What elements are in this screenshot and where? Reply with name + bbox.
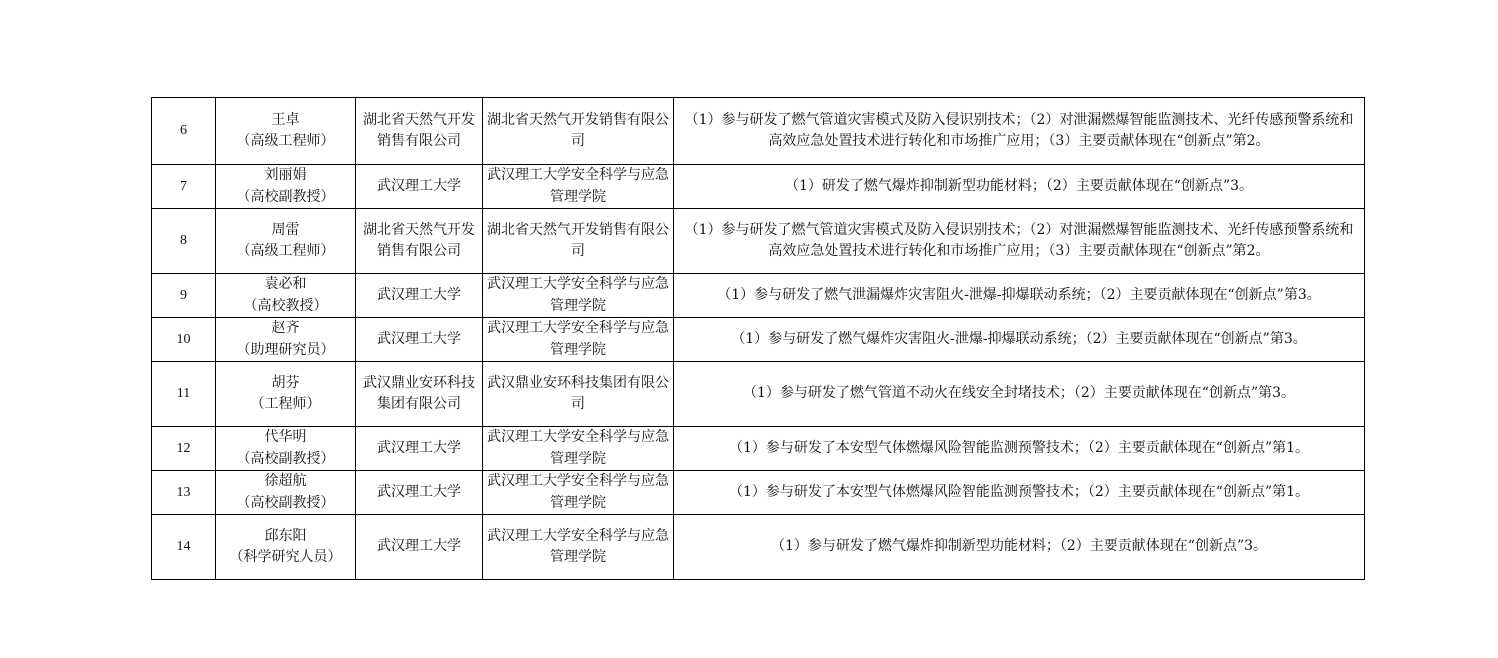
table-row: 8周雷（高级工程师）湖北省天然气开发销售有限公司湖北省天然气开发销售有限公司（1…: [152, 209, 1365, 274]
organization-cell: 武汉理工大学: [356, 515, 483, 580]
table-row: 7刘丽娟（高校副教授）武汉理工大学武汉理工大学安全科学与应急管理学院（1）研发了…: [152, 165, 1365, 209]
row-number-cell: 8: [152, 209, 216, 274]
row-number-cell: 10: [152, 318, 216, 362]
table-row: 9袁必和（高校教授）武汉理工大学武汉理工大学安全科学与应急管理学院（1）参与研发…: [152, 274, 1365, 318]
person-title: （高级工程师）: [220, 241, 351, 263]
organization-cell: 湖北省天然气开发销售有限公司: [356, 209, 483, 274]
person-cell: 周雷（高级工程师）: [216, 209, 356, 274]
person-name: 代华明: [220, 427, 351, 449]
department-cell: 武汉理工大学安全科学与应急管理学院: [483, 471, 674, 515]
person-title: （科学研究人员）: [220, 547, 351, 569]
department-cell: 湖北省天然气开发销售有限公司: [483, 98, 674, 165]
department-cell: 武汉理工大学安全科学与应急管理学院: [483, 427, 674, 471]
department-cell: 武汉理工大学安全科学与应急管理学院: [483, 515, 674, 580]
organization-cell: 武汉理工大学: [356, 471, 483, 515]
organization-cell: 武汉鼎业安环科技集团有限公司: [356, 362, 483, 427]
person-cell: 袁必和（高校教授）: [216, 274, 356, 318]
contribution-cell: （1）参与研发了本安型气体燃爆风险智能监测预警技术；（2）主要贡献体现在“创新点…: [674, 471, 1365, 515]
row-number-cell: 13: [152, 471, 216, 515]
row-number-cell: 7: [152, 165, 216, 209]
department-cell: 湖北省天然气开发销售有限公司: [483, 209, 674, 274]
contribution-cell: （1）参与研发了燃气管道不动火在线安全封堵技术；（2）主要贡献体现在“创新点”第…: [674, 362, 1365, 427]
contribution-cell: （1）参与研发了燃气泄漏爆炸灾害阻火-泄爆-抑爆联动系统；（2）主要贡献体现在“…: [674, 274, 1365, 318]
contribution-cell: （1）研发了燃气爆炸抑制新型功能材料；（2）主要贡献体现在“创新点”3。: [674, 165, 1365, 209]
table-row: 12代华明（高校副教授）武汉理工大学武汉理工大学安全科学与应急管理学院（1）参与…: [152, 427, 1365, 471]
person-title: （高校副教授）: [220, 493, 351, 515]
person-name: 徐超航: [220, 471, 351, 493]
person-title: （高校教授）: [220, 296, 351, 318]
person-name: 周雷: [220, 220, 351, 242]
row-number-cell: 9: [152, 274, 216, 318]
organization-cell: 武汉理工大学: [356, 274, 483, 318]
department-cell: 武汉理工大学安全科学与应急管理学院: [483, 318, 674, 362]
organization-cell: 武汉理工大学: [356, 318, 483, 362]
person-title: （高级工程师）: [220, 131, 351, 153]
department-cell: 武汉理工大学安全科学与应急管理学院: [483, 165, 674, 209]
person-name: 袁必和: [220, 274, 351, 296]
organization-cell: 武汉理工大学: [356, 427, 483, 471]
department-cell: 武汉理工大学安全科学与应急管理学院: [483, 274, 674, 318]
person-title: （高校副教授）: [220, 187, 351, 209]
organization-cell: 湖北省天然气开发销售有限公司: [356, 98, 483, 165]
contribution-cell: （1）参与研发了燃气爆炸灾害阻火-泄爆-抑爆联动系统；（2）主要贡献体现在“创新…: [674, 318, 1365, 362]
table-row: 13徐超航（高校副教授）武汉理工大学武汉理工大学安全科学与应急管理学院（1）参与…: [152, 471, 1365, 515]
table-row: 10赵齐（助理研究员）武汉理工大学武汉理工大学安全科学与应急管理学院（1）参与研…: [152, 318, 1365, 362]
contribution-cell: （1）参与研发了燃气管道灾害模式及防入侵识别技术；（2）对泄漏燃爆智能监测技术、…: [674, 209, 1365, 274]
person-cell: 代华明（高校副教授）: [216, 427, 356, 471]
row-number-cell: 14: [152, 515, 216, 580]
person-cell: 胡芬（工程师）: [216, 362, 356, 427]
person-name: 刘丽娟: [220, 165, 351, 187]
contribution-cell: （1）参与研发了燃气管道灾害模式及防入侵识别技术；（2）对泄漏燃爆智能监测技术、…: [674, 98, 1365, 165]
person-title: （高校副教授）: [220, 449, 351, 471]
row-number-cell: 12: [152, 427, 216, 471]
table-row: 6王卓（高级工程师）湖北省天然气开发销售有限公司湖北省天然气开发销售有限公司（1…: [152, 98, 1365, 165]
row-number-cell: 11: [152, 362, 216, 427]
person-cell: 赵齐（助理研究员）: [216, 318, 356, 362]
person-cell: 邱东阳（科学研究人员）: [216, 515, 356, 580]
contribution-cell: （1）参与研发了燃气爆炸抑制新型功能材料；（2）主要贡献体现在“创新点”3。: [674, 515, 1365, 580]
table-row: 14邱东阳（科学研究人员）武汉理工大学武汉理工大学安全科学与应急管理学院（1）参…: [152, 515, 1365, 580]
contributors-table: 6王卓（高级工程师）湖北省天然气开发销售有限公司湖北省天然气开发销售有限公司（1…: [151, 97, 1365, 580]
contribution-cell: （1）参与研发了本安型气体燃爆风险智能监测预警技术；（2）主要贡献体现在“创新点…: [674, 427, 1365, 471]
person-cell: 王卓（高级工程师）: [216, 98, 356, 165]
person-name: 胡芬: [220, 373, 351, 395]
department-cell: 武汉鼎业安环科技集团有限公司: [483, 362, 674, 427]
person-name: 王卓: [220, 110, 351, 132]
person-title: （工程师）: [220, 394, 351, 416]
table-row: 11胡芬（工程师）武汉鼎业安环科技集团有限公司武汉鼎业安环科技集团有限公司（1）…: [152, 362, 1365, 427]
row-number-cell: 6: [152, 98, 216, 165]
person-cell: 刘丽娟（高校副教授）: [216, 165, 356, 209]
person-name: 邱东阳: [220, 526, 351, 548]
person-name: 赵齐: [220, 318, 351, 340]
organization-cell: 武汉理工大学: [356, 165, 483, 209]
person-title: （助理研究员）: [220, 340, 351, 362]
table-body: 6王卓（高级工程师）湖北省天然气开发销售有限公司湖北省天然气开发销售有限公司（1…: [152, 98, 1365, 580]
person-cell: 徐超航（高校副教授）: [216, 471, 356, 515]
